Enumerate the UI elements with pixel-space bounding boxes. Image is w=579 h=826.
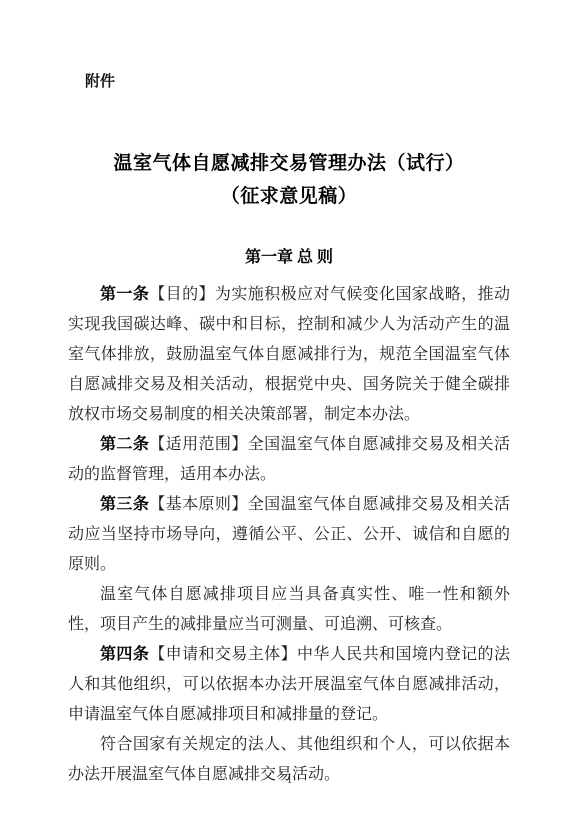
document-title: 温室气体自愿减排交易管理办法（试行） （征求意见稿）	[68, 147, 510, 213]
paragraph: 第四条【申请和交易主体】中华人民共和国境内登记的法人和其他组织，可以依据本办法开…	[68, 640, 510, 730]
paragraph: 温室气体自愿减排项目应当具备真实性、唯一性和额外性，项目产生的减排量应当可测量、…	[68, 580, 510, 640]
article-bracket-title: 【目的】	[149, 286, 215, 303]
chapter-heading: 第一章 总 则	[68, 249, 510, 267]
paragraph: 第二条【适用范围】全国温室气体自愿减排交易及相关活动的监督管理，适用本办法。	[68, 430, 510, 490]
paragraph: 第三条【基本原则】全国温室气体自愿减排交易及相关活动应当坚持市场导向，遵循公平、…	[68, 490, 510, 580]
article-number: 第四条	[100, 646, 149, 663]
article-number: 第二条	[100, 436, 149, 453]
page-number: 1	[0, 774, 579, 786]
article-bracket-title: 【基本原则】	[149, 496, 248, 513]
article-number: 第三条	[100, 496, 149, 513]
paragraph: 第一条【目的】为实施积极应对气候变化国家战略，推动实现我国碳达峰、碳中和目标，控…	[68, 280, 510, 430]
document-title-line-2: （征求意见稿）	[68, 180, 510, 213]
document-title-line-1: 温室气体自愿减排交易管理办法（试行）	[68, 147, 510, 180]
attachment-label: 附件	[85, 73, 510, 90]
document-page: 附件 温室气体自愿减排交易管理办法（试行） （征求意见稿） 第一章 总 则 第一…	[0, 0, 579, 826]
article-bracket-title: 【申请和交易主体】	[149, 646, 297, 663]
document-body: 第一条【目的】为实施积极应对气候变化国家战略，推动实现我国碳达峰、碳中和目标，控…	[68, 280, 510, 790]
article-number: 第一条	[100, 286, 149, 303]
article-bracket-title: 【适用范围】	[149, 436, 248, 453]
